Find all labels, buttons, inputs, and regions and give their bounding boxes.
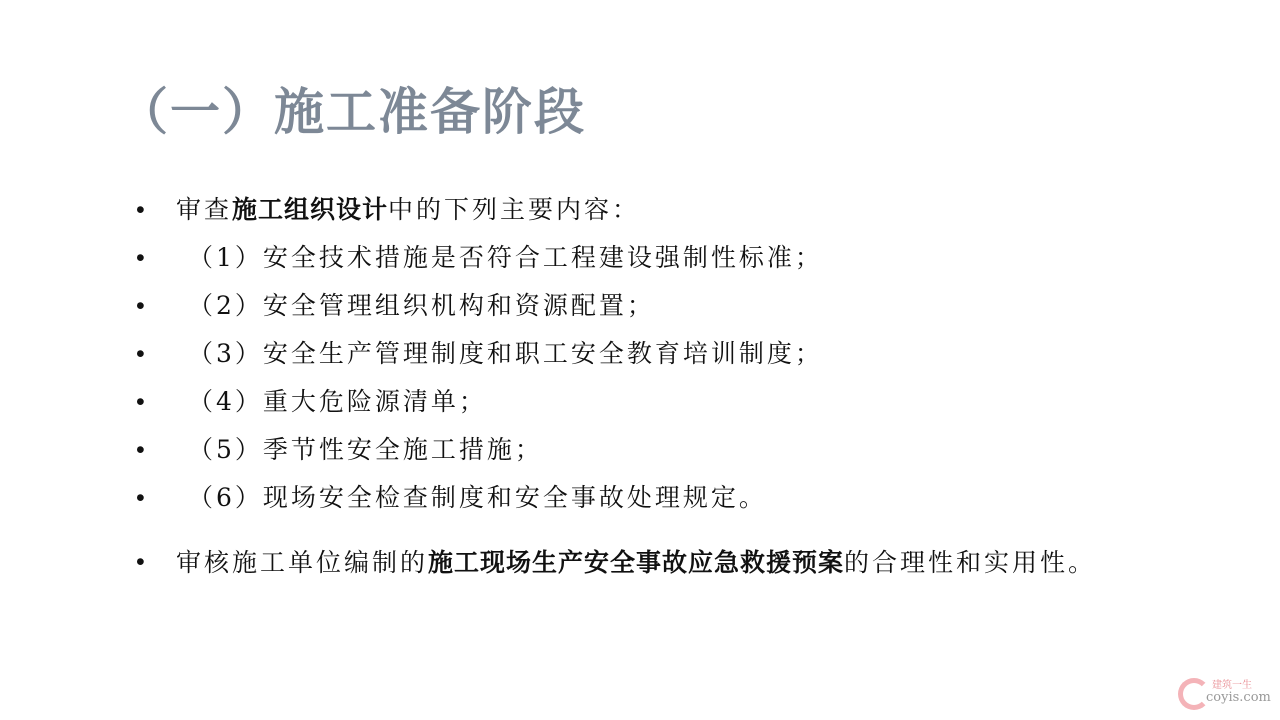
list-item-3: • （3）安全生产管理制度和职工安全教育培训制度； bbox=[136, 332, 1136, 380]
bullet-icon: • bbox=[136, 428, 156, 472]
bold-text-segment: 施工现场生产安全事故应急救援预案 bbox=[428, 548, 844, 577]
text-segment: 审查 bbox=[176, 195, 232, 224]
watermark-en: coyis.com bbox=[1206, 690, 1271, 705]
list-item-review-plan: • 审核施工单位编制的施工现场生产安全事故应急救援预案的合理性和实用性。 bbox=[136, 540, 1136, 586]
list-item-4: • （4）重大危险源清单； bbox=[136, 380, 1136, 428]
bullet-icon: • bbox=[136, 380, 156, 424]
bold-text-segment: 施工组织设计 bbox=[232, 195, 388, 224]
slide-title: （一）施工准备阶段 bbox=[118, 72, 586, 144]
watermark-cn: 建筑一生 bbox=[1212, 676, 1252, 691]
bullet-icon: • bbox=[136, 476, 156, 520]
text-segment: 审核施工单位编制的 bbox=[176, 548, 428, 577]
list-item-2: • （2）安全管理组织机构和资源配置； bbox=[136, 284, 1136, 332]
bullet-icon: • bbox=[136, 236, 156, 280]
list-item-1: • （1）安全技术措施是否符合工程建设强制性标准； bbox=[136, 236, 1136, 284]
bullet-icon: • bbox=[136, 188, 156, 232]
bullet-icon: • bbox=[136, 540, 156, 584]
watermark: 建筑一生 coyis.com bbox=[1170, 674, 1270, 710]
bullet-icon: • bbox=[136, 332, 156, 376]
bullet-icon: • bbox=[136, 284, 156, 328]
list-item-6: • （6）现场安全检查制度和安全事故处理规定。 bbox=[136, 476, 1136, 524]
text-segment: 中的下列主要内容： bbox=[388, 195, 640, 224]
list-item-5: • （5）季节性安全施工措施； bbox=[136, 428, 1136, 476]
text-segment: 的合理性和实用性。 bbox=[844, 548, 1096, 577]
list-item-review-design: • 审查施工组织设计中的下列主要内容： bbox=[136, 188, 1136, 236]
content-list: • 审查施工组织设计中的下列主要内容： • （1）安全技术措施是否符合工程建设强… bbox=[136, 188, 1136, 570]
